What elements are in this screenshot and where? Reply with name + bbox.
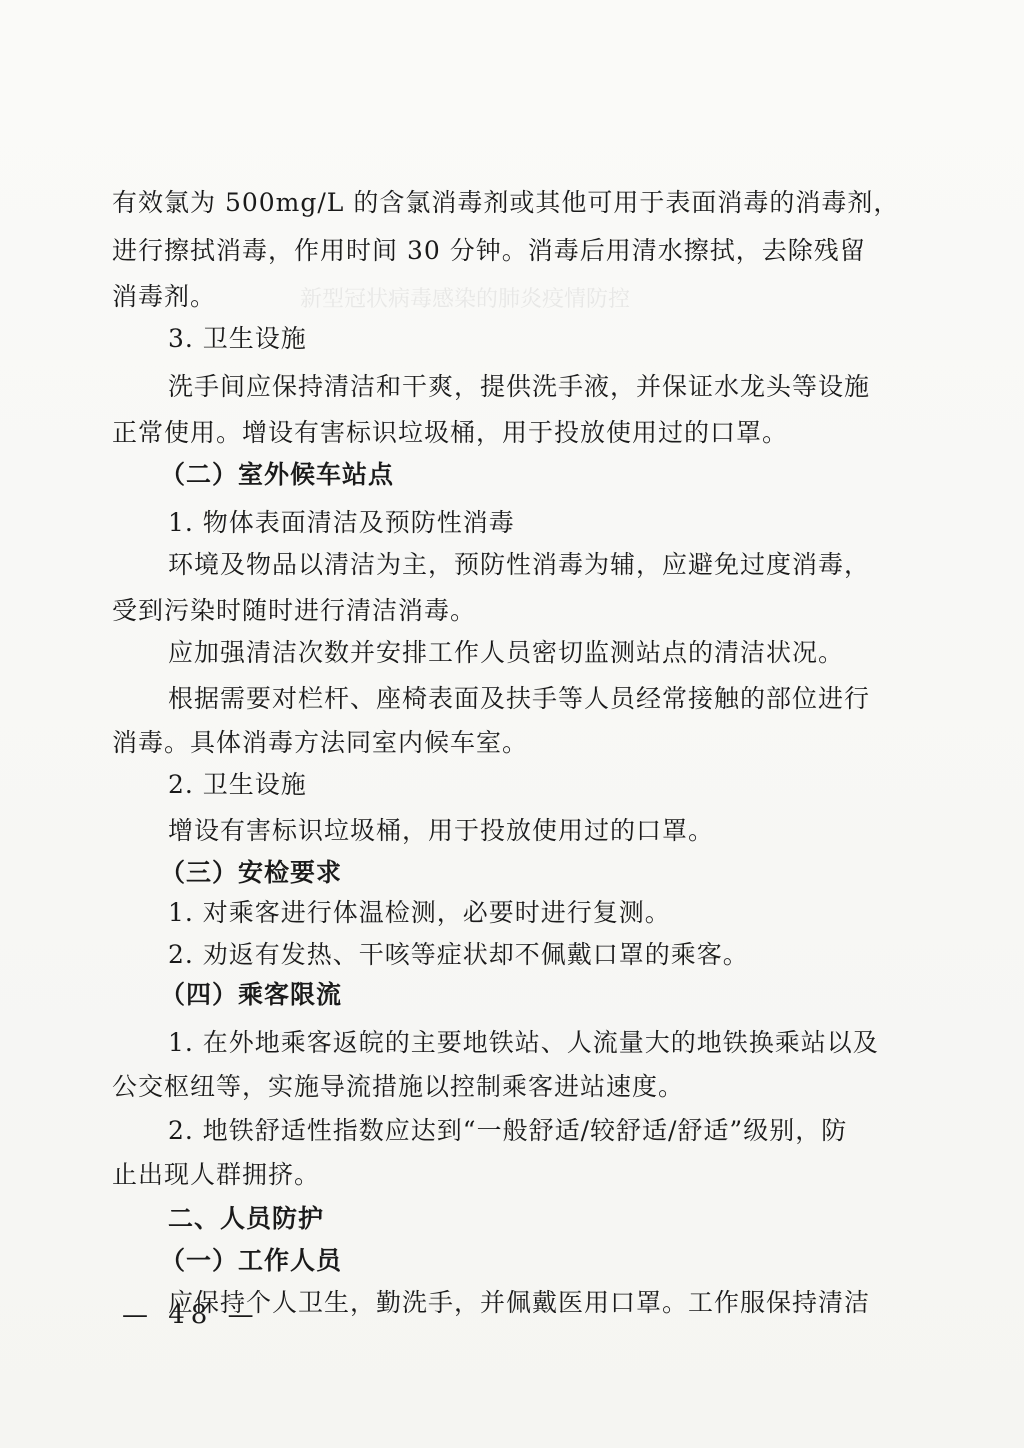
paragraph-line: 1. 对乘客进行体温检测，必要时进行复测。	[168, 898, 671, 928]
document-page: 新型冠状病毒感染的肺炎疫情防控 有效氯为 500mg/L 的含氯消毒剂或其他可用…	[0, 0, 1024, 1448]
paragraph-line: 应加强清洁次数并安排工作人员密切监测站点的清洁状况。	[168, 638, 844, 668]
paragraph-line: 进行擦拭消毒，作用时间 30 分钟。消毒后用清水擦拭，去除残留	[112, 236, 866, 266]
paragraph-line: 2. 卫生设施	[168, 770, 307, 800]
paragraph-line: 正常使用。增设有害标识垃圾桶，用于投放使用过的口罩。	[112, 418, 788, 448]
section-heading: （三）安检要求	[160, 858, 342, 888]
paragraph-line: 3. 卫生设施	[168, 324, 307, 354]
page-number: — 48 —	[122, 1300, 260, 1330]
section-heading: （二）室外候车站点	[160, 460, 394, 490]
section-heading: 二、人员防护	[168, 1204, 324, 1234]
paragraph-line: 有效氯为 500mg/L 的含氯消毒剂或其他可用于表面消毒的消毒剂，	[112, 188, 899, 218]
paragraph-line: 应保持个人卫生，勤洗手，并佩戴医用口罩。工作服保持清洁	[168, 1288, 870, 1318]
paragraph-line: 止出现人群拥挤。	[112, 1160, 320, 1190]
paragraph-line: 1. 在外地乘客返皖的主要地铁站、人流量大的地铁换乘站以及	[168, 1028, 879, 1058]
paragraph-line: 2. 劝返有发热、干咳等症状却不佩戴口罩的乘客。	[168, 940, 749, 970]
paragraph-line: 公交枢纽等，实施导流措施以控制乘客进站速度。	[112, 1072, 684, 1102]
paragraph-line: 2. 地铁舒适性指数应达到“一般舒适/较舒适/舒适”级别，防	[168, 1116, 847, 1146]
paragraph-line: 环境及物品以清洁为主，预防性消毒为辅，应避免过度消毒，	[168, 550, 870, 580]
paragraph-line: 受到污染时随时进行清洁消毒。	[112, 596, 476, 626]
paragraph-line: 洗手间应保持清洁和干爽，提供洗手液，并保证水龙头等设施	[168, 372, 870, 402]
section-heading: （四）乘客限流	[160, 980, 342, 1010]
section-heading: （一）工作人员	[160, 1246, 342, 1276]
paragraph-line: 增设有害标识垃圾桶，用于投放使用过的口罩。	[168, 816, 714, 846]
paragraph-line: 根据需要对栏杆、座椅表面及扶手等人员经常接触的部位进行	[168, 684, 870, 714]
paragraph-line: 消毒剂。	[112, 282, 216, 312]
bleed-through-text: 新型冠状病毒感染的肺炎疫情防控	[300, 282, 630, 313]
paragraph-line: 1. 物体表面清洁及预防性消毒	[168, 508, 515, 538]
paragraph-line: 消毒。具体消毒方法同室内候车室。	[112, 728, 528, 758]
